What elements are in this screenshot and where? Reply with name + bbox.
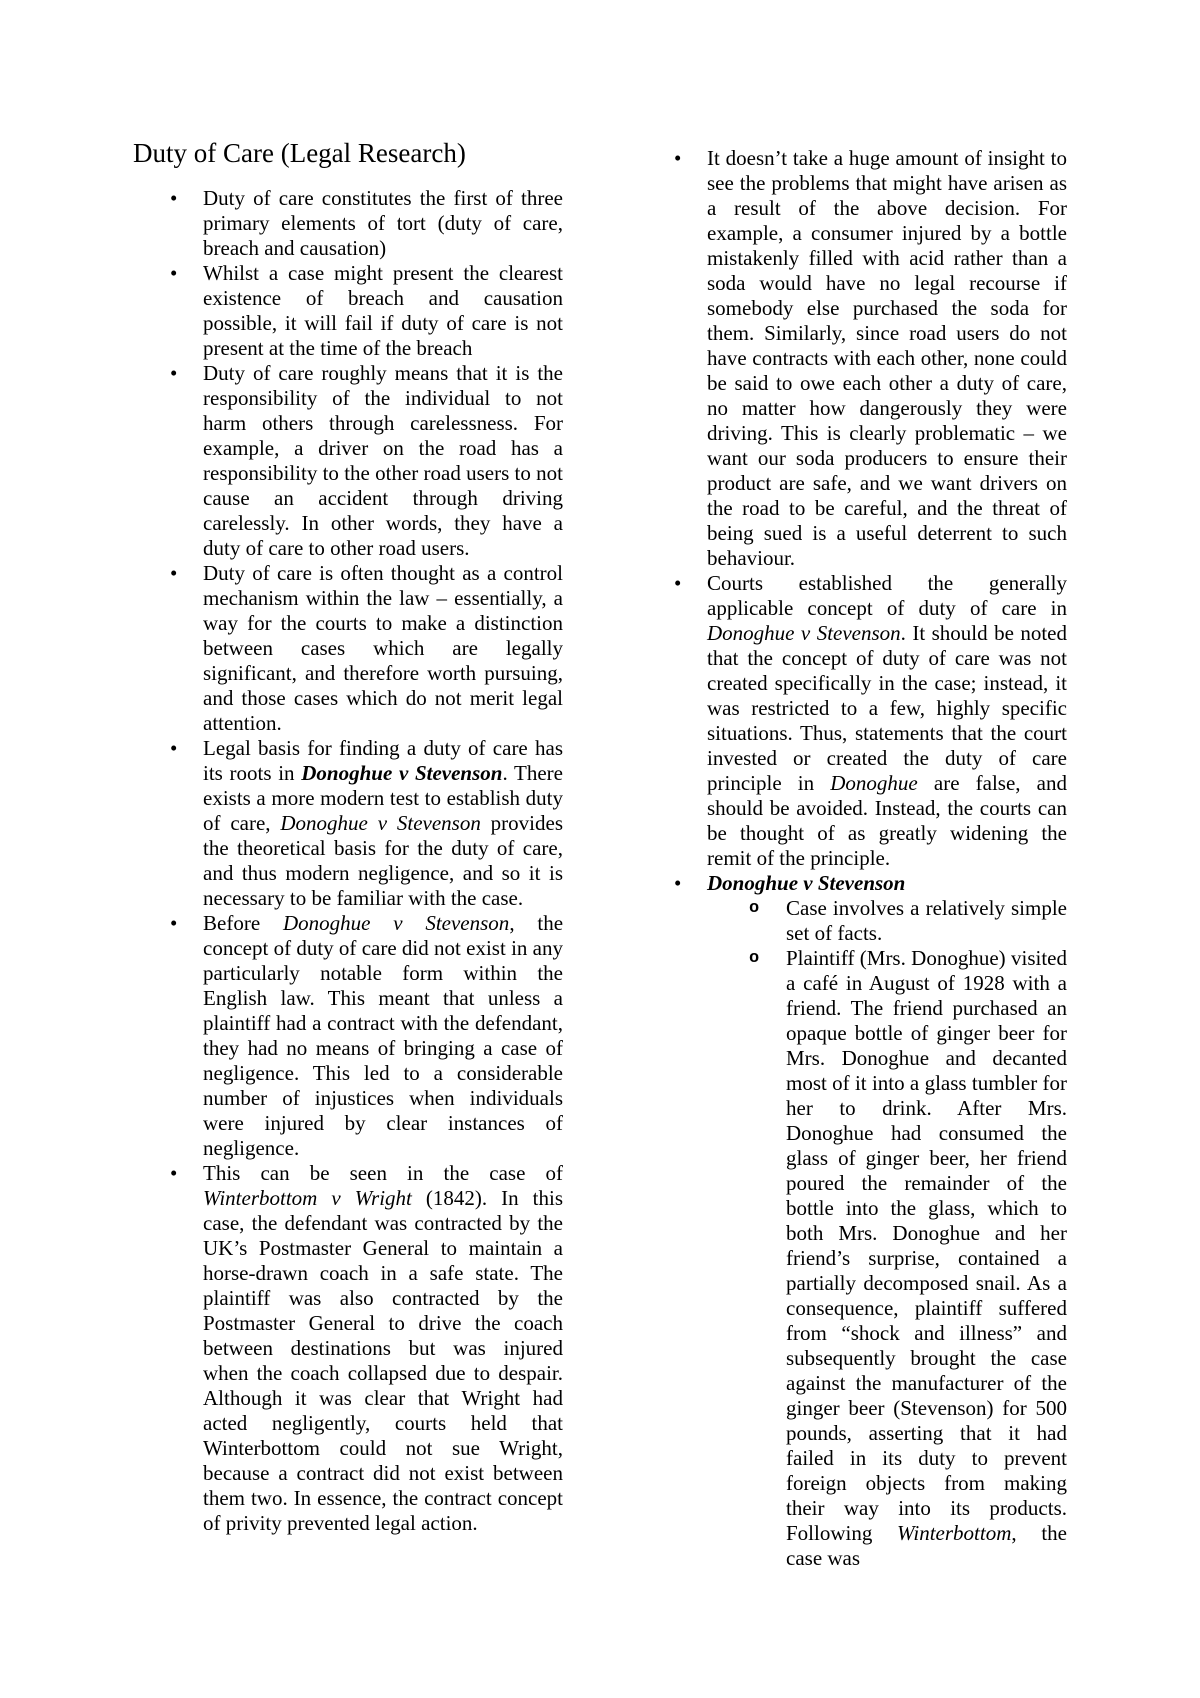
bullet-text: Plaintiff (Mrs. Donoghue) visited a café…: [786, 946, 1067, 1570]
column-right: •It doesn’t take a huge amount of insigh…: [637, 138, 1067, 1571]
text-run: It doesn’t take a huge amount of insight…: [707, 146, 1067, 570]
text-run: Whilst a case might present the clearest…: [203, 261, 563, 360]
bullet-text: This can be seen in the case of Winterbo…: [203, 1161, 563, 1535]
bullet-marker: •: [170, 911, 177, 936]
sub-bullet-marker: o: [749, 896, 759, 921]
bullet-item: •It doesn’t take a huge amount of insigh…: [637, 146, 1067, 571]
bullet-marker: •: [170, 361, 177, 386]
bullet-item: •This can be seen in the case of Winterb…: [133, 1161, 563, 1536]
bullet-marker: •: [170, 1161, 177, 1186]
document-page: Duty of Care (Legal Research) •Duty of c…: [0, 0, 1200, 1698]
text-run: Donoghue: [830, 771, 918, 795]
document-body: Duty of Care (Legal Research) •Duty of c…: [133, 138, 1067, 1571]
bullet-text: Legal basis for finding a duty of care h…: [203, 736, 563, 910]
text-run: Courts established the generally applica…: [707, 571, 1067, 620]
bullet-marker: •: [674, 571, 681, 596]
text-run: Donoghue v Stevenson: [280, 811, 480, 835]
text-run: Donoghue v Stevenson: [283, 911, 509, 935]
bullet-item: •Legal basis for finding a duty of care …: [133, 736, 563, 911]
column-left: Duty of Care (Legal Research) •Duty of c…: [133, 138, 563, 1571]
sub-bullet-marker: o: [749, 946, 759, 971]
text-run: This can be seen in the case of: [203, 1161, 563, 1185]
text-run: , the concept of duty of care did not ex…: [203, 911, 563, 1160]
text-run: (1842). In this case, the defendant was …: [203, 1186, 563, 1535]
bullet-marker: •: [170, 186, 177, 211]
text-run: Plaintiff (Mrs. Donoghue) visited a café…: [786, 946, 1067, 1545]
text-run: Case involves a relatively simple set of…: [786, 896, 1067, 945]
text-run: Winterbottom: [897, 1521, 1011, 1545]
text-run: Duty of care roughly means that it is th…: [203, 361, 563, 560]
bullet-item: •Duty of care roughly means that it is t…: [133, 361, 563, 561]
text-run: Winterbottom v Wright: [203, 1186, 412, 1210]
page-title: Duty of Care (Legal Research): [133, 138, 563, 169]
text-run: . It should be noted that the concept of…: [707, 621, 1067, 795]
bullet-marker: •: [170, 736, 177, 761]
bullet-item: •Duty of care is often thought as a cont…: [133, 561, 563, 736]
bullet-text: It doesn’t take a huge amount of insight…: [707, 146, 1067, 570]
bullet-text: Before Donoghue v Stevenson, the concept…: [203, 911, 563, 1160]
bullet-marker: •: [674, 146, 681, 171]
text-run: Before: [203, 911, 283, 935]
bullet-list-right: •It doesn’t take a huge amount of insigh…: [637, 146, 1067, 1571]
bullet-list-left: •Duty of care constitutes the first of t…: [133, 186, 563, 1536]
sub-bullet-item: oPlaintiff (Mrs. Donoghue) visited a caf…: [637, 946, 1067, 1571]
bullet-text: Duty of care roughly means that it is th…: [203, 361, 563, 560]
bullet-text: Case involves a relatively simple set of…: [786, 896, 1067, 945]
text-run: Donoghue v Stevenson: [707, 871, 905, 895]
bullet-item: •Whilst a case might present the cleares…: [133, 261, 563, 361]
bullet-text: Donoghue v Stevenson: [707, 871, 905, 895]
text-run: Donoghue v Stevenson: [707, 621, 901, 645]
bullet-text: Duty of care is often thought as a contr…: [203, 561, 563, 735]
sub-bullet-item: oCase involves a relatively simple set o…: [637, 896, 1067, 946]
bullet-item: •Before Donoghue v Stevenson, the concep…: [133, 911, 563, 1161]
bullet-item: •Duty of care constitutes the first of t…: [133, 186, 563, 261]
bullet-item: •Donoghue v Stevenson: [637, 871, 1067, 896]
text-run: Duty of care is often thought as a contr…: [203, 561, 563, 735]
bullet-marker: •: [170, 261, 177, 286]
bullet-text: Whilst a case might present the clearest…: [203, 261, 563, 360]
text-run: Donoghue v Stevenson: [301, 761, 502, 785]
bullet-item: •Courts established the generally applic…: [637, 571, 1067, 871]
text-run: Duty of care constitutes the first of th…: [203, 186, 563, 260]
bullet-marker: •: [170, 561, 177, 586]
bullet-marker: •: [674, 871, 681, 896]
bullet-text: Courts established the generally applica…: [707, 571, 1067, 870]
bullet-text: Duty of care constitutes the first of th…: [203, 186, 563, 260]
